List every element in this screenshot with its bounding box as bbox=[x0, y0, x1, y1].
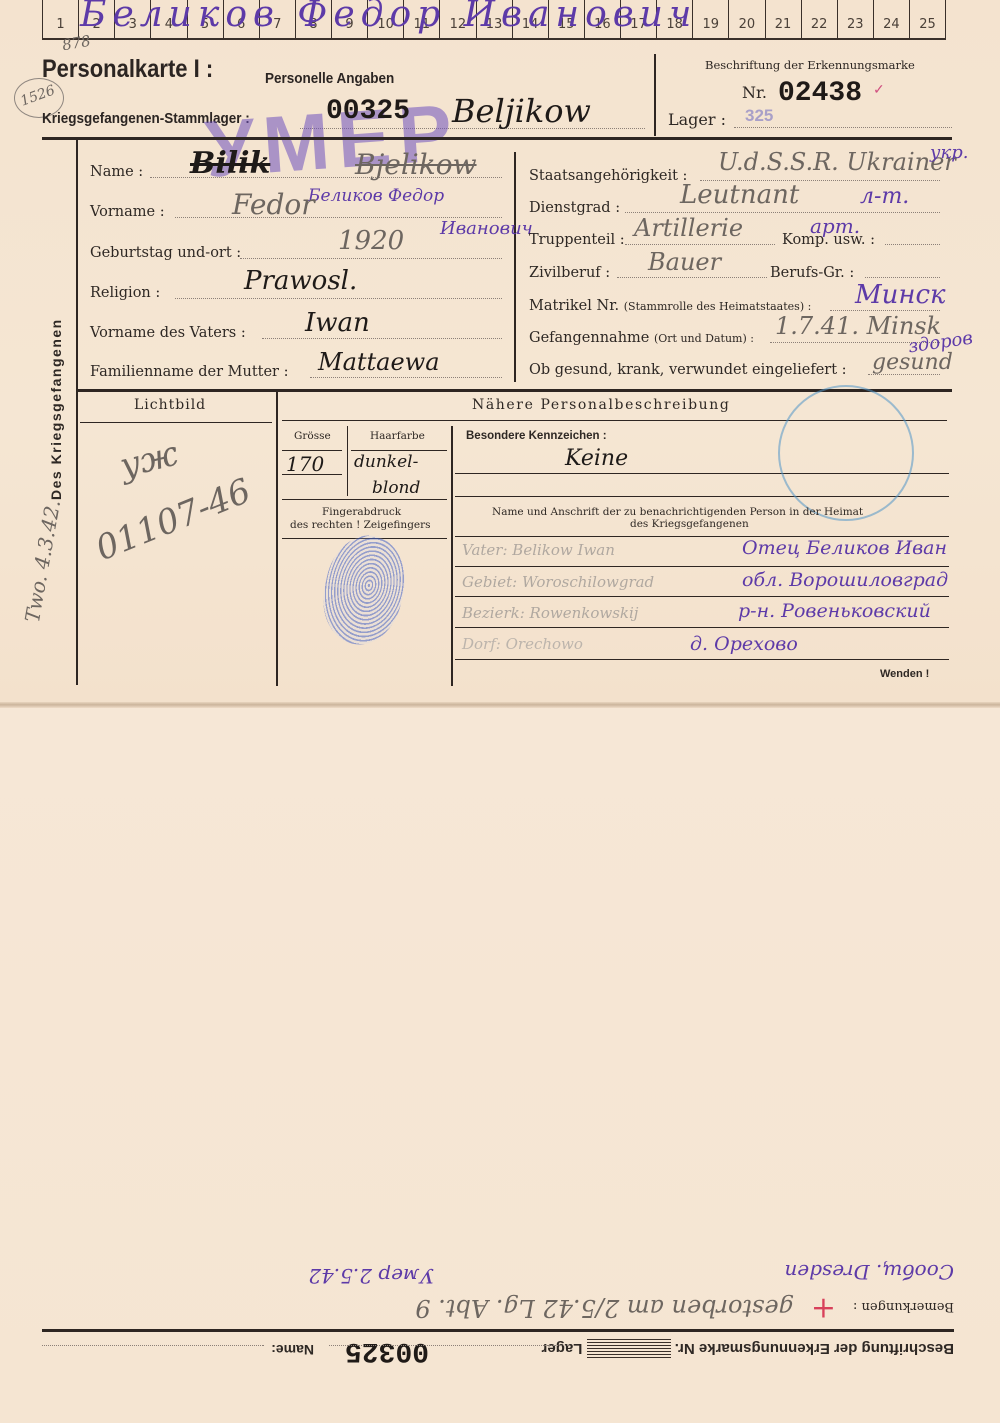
nationality-value: U.d.S.S.R. Ukrainer bbox=[718, 148, 956, 176]
birth-dotline bbox=[240, 258, 502, 259]
religion-dotline bbox=[175, 298, 502, 299]
patronymic-russian-note: Иванович bbox=[440, 218, 533, 239]
hair-label: Haarfarbe bbox=[370, 430, 425, 442]
reverse-rule bbox=[42, 1329, 954, 1332]
round-stamp bbox=[778, 385, 914, 521]
rank-dotline bbox=[625, 212, 940, 213]
mother-value: Mattaewa bbox=[318, 348, 440, 376]
tag-lager-value: 325 bbox=[745, 106, 773, 126]
nationality-note: укр. bbox=[930, 142, 968, 163]
reverse-name-dotline bbox=[42, 1345, 264, 1346]
left-rule bbox=[76, 140, 78, 685]
father-label: Vorname des Vaters : bbox=[90, 325, 246, 341]
unit-dotline bbox=[625, 244, 775, 245]
strip-handwritten-name: Беликов Федор Иванович bbox=[80, 0, 697, 35]
middle-rule bbox=[514, 152, 516, 382]
hair-rule bbox=[351, 450, 447, 451]
contact-violet-1: Отец Беликов Иван bbox=[742, 537, 947, 559]
tag-nr-value: 02438 bbox=[778, 78, 862, 109]
hatch-box bbox=[587, 1338, 671, 1358]
matrikel-note: Минск bbox=[855, 280, 946, 310]
lager-dotline bbox=[734, 127, 952, 128]
turn-over-label: Wenden ! bbox=[880, 668, 929, 680]
camp-stamp-number: 00325 bbox=[326, 96, 410, 127]
remarks-violet-2: Сообщ. Dresden bbox=[784, 1260, 954, 1284]
birth-label: Geburtstag und-ort : bbox=[90, 245, 241, 261]
description-divider bbox=[451, 426, 453, 686]
nationality-label: Staatsangehörigkeit : bbox=[529, 168, 687, 184]
birth-value: 1920 bbox=[338, 226, 404, 256]
camp-surname: Beljikow bbox=[452, 92, 591, 130]
contact-rule-2 bbox=[455, 596, 949, 597]
size-value-rule bbox=[282, 474, 342, 475]
mother-dotline bbox=[310, 377, 502, 378]
name-russian-note: Беликов Федор bbox=[308, 186, 444, 206]
hair-value-1: dunkel- bbox=[354, 452, 418, 472]
contact-rule-3 bbox=[455, 627, 949, 628]
size-label: Grösse bbox=[294, 430, 331, 442]
remarks-pencil: gestorben am 2/5.42 Lg. Abt. 9 bbox=[415, 1294, 794, 1322]
contact-pencil-1: Vater: Belikow Iwan bbox=[462, 541, 615, 559]
contact-pencil-3: Bezierk: Rowenkowskij bbox=[462, 604, 638, 622]
photo-heading: Lichtbild bbox=[134, 397, 206, 413]
marks-value: Keine bbox=[565, 446, 628, 471]
size-rule bbox=[282, 450, 342, 451]
contact-violet-4: д. Орехово bbox=[690, 633, 798, 655]
matrikel-dotline bbox=[830, 310, 940, 311]
rank-note: л-т. bbox=[860, 184, 909, 209]
card-subtitle: Personelle Angaben bbox=[265, 70, 394, 87]
civil-job-dotline bbox=[617, 277, 767, 278]
size-value: 170 bbox=[286, 452, 324, 476]
unit-value: Artillerie bbox=[634, 214, 743, 242]
check-mark-icon: ✓ bbox=[873, 82, 885, 98]
reverse-lager-dotline bbox=[329, 1345, 569, 1346]
vorname-label: Vorname : bbox=[90, 204, 165, 220]
card-title: Personalkarte I : bbox=[42, 55, 213, 84]
reverse-tag-label: Beschriftung der Erkennungsmarke Nr. Lag… bbox=[542, 1338, 954, 1358]
top-rule bbox=[42, 137, 952, 140]
fingerprint-top-rule bbox=[282, 499, 447, 500]
rank-value: Leutnant bbox=[680, 180, 799, 210]
father-value: Iwan bbox=[305, 308, 370, 338]
photo-rule bbox=[276, 391, 278, 686]
name-value-2-struck: Bjelikow bbox=[355, 148, 477, 181]
tag-heading: Beschriftung der Erkennungsmarke bbox=[705, 58, 915, 72]
contact-violet-2: обл. Ворошиловград bbox=[742, 569, 948, 591]
mother-label: Familienname der Mutter : bbox=[90, 364, 288, 380]
job-group-dotline bbox=[865, 277, 940, 278]
unit-label: Truppenteil : bbox=[529, 232, 625, 248]
job-group-label: Berufs-Gr. : bbox=[770, 265, 854, 281]
unit-note: арт. bbox=[810, 214, 860, 238]
religion-value: Prawosl. bbox=[244, 266, 357, 296]
fingerprint-label-2: des rechten ! Zeigefingers bbox=[290, 519, 431, 531]
fold-line bbox=[0, 702, 1000, 708]
contact-rule-1 bbox=[455, 566, 949, 567]
reverse-lager-value: 00325 bbox=[345, 1335, 429, 1366]
name-value-struck: Bilik bbox=[190, 146, 270, 181]
description-heading: Nähere Personalbeschreibung bbox=[472, 397, 730, 413]
size-hair-divider bbox=[347, 426, 348, 496]
hair-value-2: blond bbox=[372, 478, 420, 498]
vorname-value: Fedor bbox=[232, 188, 315, 221]
reverse-section: Beschriftung der Erkennungsmarke Nr. Lag… bbox=[42, 1242, 954, 1362]
health-label: Ob gesund, krank, verwundet eingeliefert… bbox=[529, 362, 847, 378]
tag-lager-label: Lager : bbox=[668, 110, 726, 129]
contact-rule-4 bbox=[455, 659, 949, 660]
contact-heading-1: Name und Anschrift der zu benachrichtige… bbox=[492, 506, 863, 518]
fingerprint-label-1: Fingerabdruck bbox=[322, 506, 401, 518]
name-label: Name : bbox=[90, 164, 143, 180]
contact-pencil-2: Gebiet: Woroschilowgrad bbox=[462, 573, 654, 591]
reverse-name-label: Name: bbox=[271, 1342, 314, 1358]
remarks-label: Bemerkungen : bbox=[853, 1299, 954, 1314]
tag-nr-label: Nr. bbox=[742, 83, 767, 102]
matrikel-label: Matrikel Nr. (Stammrolle des Heimatstaat… bbox=[529, 298, 811, 314]
father-dotline bbox=[262, 338, 502, 339]
rank-label: Dienstgrad : bbox=[529, 200, 620, 216]
remarks-violet-1: Умер 2.5.42 bbox=[308, 1264, 434, 1288]
death-cross-icon: + bbox=[811, 1291, 836, 1326]
capture-label: Gefangennahme (Ort und Datum) : bbox=[529, 330, 754, 346]
photo-heading-rule bbox=[80, 422, 272, 423]
civil-job-label: Zivilberuf : bbox=[529, 265, 610, 281]
company-dotline bbox=[885, 244, 940, 245]
contact-heading-2: des Kriegsgefangenen bbox=[630, 518, 749, 530]
marks-label: Besondere Kennzeichen : bbox=[466, 430, 607, 442]
tag-divider bbox=[654, 54, 656, 136]
contact-violet-3: р-н. Ровеньковский bbox=[738, 600, 931, 622]
religion-label: Religion : bbox=[90, 285, 160, 301]
contact-pencil-4: Dorf: Orechowo bbox=[462, 635, 583, 653]
civil-job-value: Bauer bbox=[648, 248, 721, 276]
